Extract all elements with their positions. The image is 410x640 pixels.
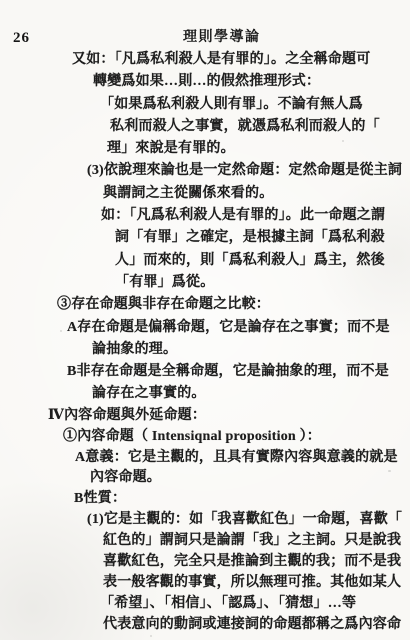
scan-speckle [342,140,344,142]
body-line-item-1: (1)它是主觀的：如「我喜歡紅色」一命題，喜歡「 [87,510,410,531]
body-line: 代表意向的動詞或連接詞的命題都稱之爲內容命 [103,615,410,636]
body-line-item-A: A存在命題是偏稱命題，它是論存在之事實；而不是 [67,317,410,339]
body-line: 與謂詞之主從關係來看的。 [103,183,410,205]
scan-speckle [300,430,302,432]
body-line: 如：「凡爲私利殺人是有罪的」。此一命題之謂 [101,205,410,227]
body-line-item-3: (3)依說理來論也是一定然命題：定然命題是從主詞 [87,160,410,182]
running-header-title: 理則學導論 [183,26,261,46]
scan-speckle [150,635,152,637]
scan-speckle [60,330,62,332]
body-line-item-B: B非存在命題是全稱命題，它是論抽象的理，而不是 [67,361,410,383]
body-line: 又如：「凡爲私利殺人是有罪的」。之全稱命題可 [72,49,410,71]
body-line: 「有罪」爲從。 [115,272,410,294]
body-line: 紅色的」謂詞只是論謂「我」之主詞。只是說我 [103,531,410,552]
body-line: 理」來說是有罪的。 [107,138,410,160]
body-line: 論抽象的理。 [92,339,410,361]
body-line: 表一般客觀的事實，所以無理可推。其他如某人 [103,573,410,594]
body-line: 詞「有罪」之確定，是根據主詞「爲私利殺 [115,227,410,249]
body-line-item-B: B性質： [74,489,410,510]
body-line: 私利而殺人之事實，就憑爲私利而殺人的「 [110,116,410,138]
body-line-section-circled-1: ①內容命題（ Intensiqnal proposition ）： [63,427,410,448]
body-line-section-circled-3: ③存在命題與非存在命題之比較： [57,294,410,316]
scanned-book-page: 26 理則學導論 又如：「凡爲私利殺人是有罪的」。之全稱命題可 轉變爲如果…則…… [0,0,410,640]
body-line: 轉變爲如果…則…的假然推理形式： [93,71,410,93]
page-number: 26 [13,30,30,47]
body-line: 人」而來的，則「爲私利殺人」爲主，然後 [115,250,410,272]
body-line: 喜歡紅色，完全只是推論到主觀的我；而不是我 [103,552,410,573]
body-line: 「希望」、「相信」、「認爲」、「猜想」…等 [100,594,410,615]
body-line-item-A: A意義：它是主觀的，且具有實際內容與意義的就是 [75,448,410,469]
body-text-block: 又如：「凡爲私利殺人是有罪的」。之全稱命題可 轉變爲如果…則…的假然推理形式： … [0,49,410,636]
body-line: 內容命題。 [90,468,410,489]
scan-speckle [388,470,391,472]
body-line: 「如果爲私利殺人則有罪」。不論有無人爲 [100,94,410,116]
body-line-section-IV: Ⅳ內容命題與外延命題： [48,406,410,427]
body-line: 論存在之事實的。 [92,383,410,405]
